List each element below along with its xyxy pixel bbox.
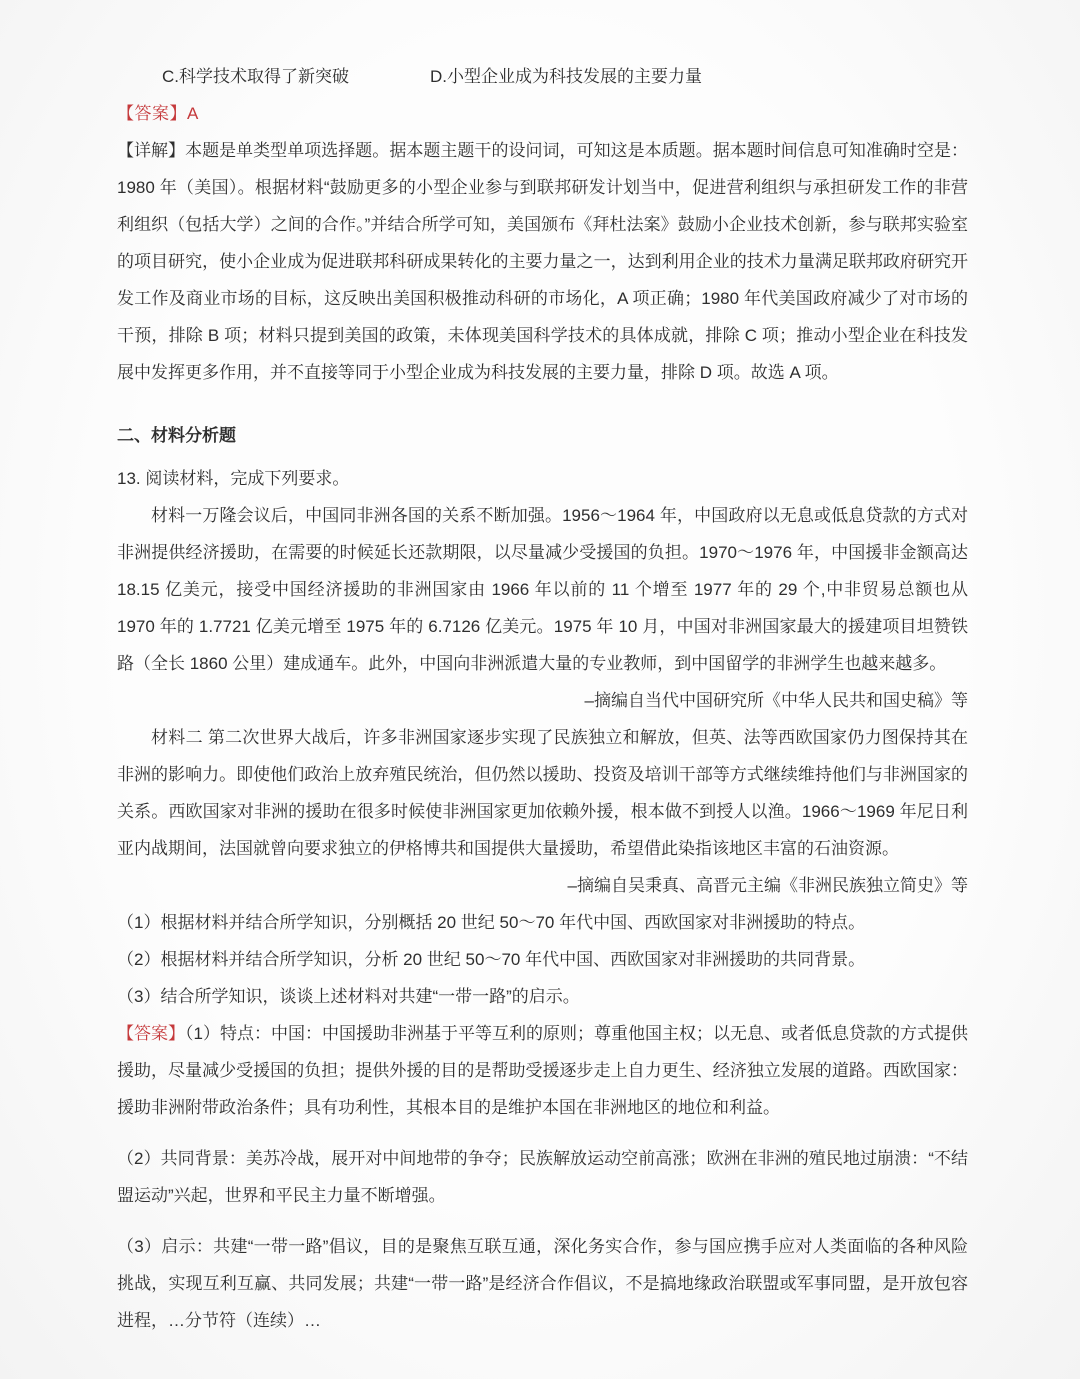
q13-subquestion-2: （2）根据材料并结合所学知识，分析 20 世纪 50～70 年代中国、西欧国家对… [117, 941, 968, 978]
option-d: D.小型企业成为科技发展的主要力量 [430, 58, 968, 95]
q13-answer-part-2: （2）共同背景：美苏冷战，展开对中间地带的争夺；民族解放运动空前高涨；欧洲在非洲… [117, 1140, 968, 1214]
q13-subquestion-3: （3）结合所学知识，谈谈上述材料对共建“一带一路”的启示。 [117, 978, 968, 1015]
q12-analysis-paragraph: 【详解】本题是单类型单项选择题。据本题主题干的设问词，可知这是本质题。据本题时间… [117, 132, 968, 391]
q13-answer-part-3: （3）启示：共建“一带一路”倡议，目的是聚焦互联互通，深化务实合作，参与国应携手… [117, 1228, 968, 1339]
answer-label: 【答案】 [117, 104, 187, 123]
q12-answer-line: 【答案】A [117, 95, 968, 132]
section-heading: 二、材料分析题 [117, 417, 968, 454]
document-page: C.科学技术取得了新突破 D.小型企业成为科技发展的主要力量 【答案】A 【详解… [0, 0, 1080, 1379]
q13-material-1-source: –摘编自当代中国研究所《中华人民共和国史稿》等 [117, 682, 968, 719]
q13-answer-part-1: 【答案】（1）特点：中国：中国援助非洲基于平等互利的原则；尊重他国主权；以无息、… [117, 1015, 968, 1126]
q13-intro: 13. 阅读材料，完成下列要求。 [117, 460, 968, 497]
q13-material-1: 材料一万隆会议后，中国同非洲各国的关系不断加强。1956～1964 年，中国政府… [117, 497, 968, 682]
option-c: C.科学技术取得了新突破 [162, 58, 430, 95]
mc-options-row: C.科学技术取得了新突破 D.小型企业成为科技发展的主要力量 [117, 58, 968, 95]
q13-subquestion-1: （1）根据材料并结合所学知识，分别概括 20 世纪 50～70 年代中国、西欧国… [117, 904, 968, 941]
q12-answer-value: A [187, 104, 199, 123]
q13-material-2: 材料二 第二次世界大战后，许多非洲国家逐步实现了民族独立和解放，但英、法等西欧国… [117, 719, 968, 867]
answer-label: 【答案】 [117, 1024, 185, 1043]
q13-answer-1-text: （1）特点：中国：中国援助非洲基于平等互利的原则；尊重他国主权；以无息、或者低息… [117, 1024, 968, 1117]
q13-material-2-source: –摘编自吴秉真、高晋元主编《非洲民族独立简史》等 [117, 867, 968, 904]
